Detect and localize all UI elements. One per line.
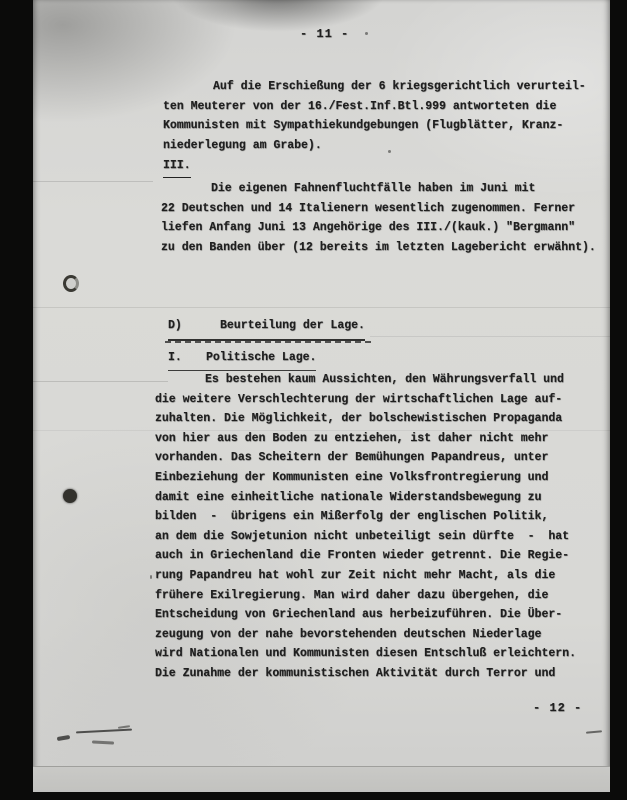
hole-punch-dot	[63, 489, 77, 503]
page-edge-shadow	[33, 766, 610, 792]
text-line: Die eigenen Fahnenfluchtfälle haben im J…	[161, 179, 596, 199]
text-line: niederlegung am Grabe).	[163, 136, 586, 156]
text-line: die weitere Verschlechterung der wirtsch…	[155, 390, 576, 410]
heading-political-situation: I.Politische Lage.	[168, 348, 316, 371]
page-number-top: - 11 -	[300, 25, 349, 45]
text-line: damit eine einheitliche nationale Widers…	[155, 488, 576, 508]
text-line: an dem die Sowjetunion nicht unbeteiligt…	[155, 527, 576, 547]
text-line: auch in Griechenland die Fronten wieder …	[155, 546, 576, 566]
crease-line	[33, 381, 168, 382]
paragraph-mutineers: Auf die Erschießung der 6 kriegsgerichtl…	[163, 77, 586, 155]
scan-canvas: - 11 - Auf die Erschießung der 6 kriegsg…	[0, 0, 627, 800]
section-heading-iii: III.	[163, 156, 191, 178]
ink-speck	[150, 575, 152, 579]
page-number-bottom: - 12 -	[533, 699, 582, 719]
crease-line	[33, 307, 610, 308]
text-line: Kommunisten mit Sympathiekundgebungen (F…	[163, 116, 586, 136]
text-line: vorhanden. Das Scheitern der Bemühungen …	[155, 448, 576, 468]
text-line: Einbeziehung der Kommunisten eine Volksf…	[155, 468, 576, 488]
text-line: 22 Deutschen und 14 Italienern wesentlic…	[161, 199, 596, 219]
text-line: rung Papandreu hat wohl zur Zeit nicht m…	[155, 566, 576, 586]
heading-roman-numeral: III.	[163, 156, 191, 178]
heading-assessment: D)Beurteilung der Lage.	[168, 316, 365, 341]
text-line: wird Nationalen und Kommunisten diesen E…	[155, 644, 576, 664]
text-line: bilden - übrigens ein Mißerfolg der engl…	[155, 507, 576, 527]
heading-label: D)	[168, 316, 220, 336]
text-line: Die Zunahme der kommunistischen Aktivitä…	[155, 664, 576, 684]
text-line: zu den Banden über (12 bereits im letzte…	[161, 238, 596, 258]
paragraph-political-assessment: Es bestehen kaum Aussichten, den Währung…	[155, 370, 576, 684]
heading-title: Beurteilung der Lage.	[220, 319, 365, 332]
crease-line	[33, 181, 153, 182]
heading-title: Politische Lage.	[206, 351, 316, 364]
hole-punch-ring	[63, 275, 79, 292]
heading-label: I.	[168, 348, 206, 368]
text-line: zuhalten. Die Möglichkeit, der bolschewi…	[155, 409, 576, 429]
text-line: von hier aus den Boden zu entziehen, ist…	[155, 429, 576, 449]
paragraph-desertions: Die eigenen Fahnenfluchtfälle haben im J…	[161, 179, 596, 257]
ink-speck	[365, 32, 368, 35]
text-line: zeugung von der nahe bevorstehenden deut…	[155, 625, 576, 645]
text-line: Auf die Erschießung der 6 kriegsgerichtl…	[163, 77, 586, 97]
text-line: ten Meuterer von der 16./Fest.Inf.Btl.99…	[163, 97, 586, 117]
text-line: Entscheidung von Griechenland aus herbei…	[155, 605, 576, 625]
crease-line	[370, 336, 610, 337]
text-line: Es bestehen kaum Aussichten, den Währung…	[155, 370, 576, 390]
text-line: liefen Anfang Juni 13 Angehörige des III…	[161, 218, 596, 238]
text-line: frühere Exilregierung. Man wird daher da…	[155, 586, 576, 606]
